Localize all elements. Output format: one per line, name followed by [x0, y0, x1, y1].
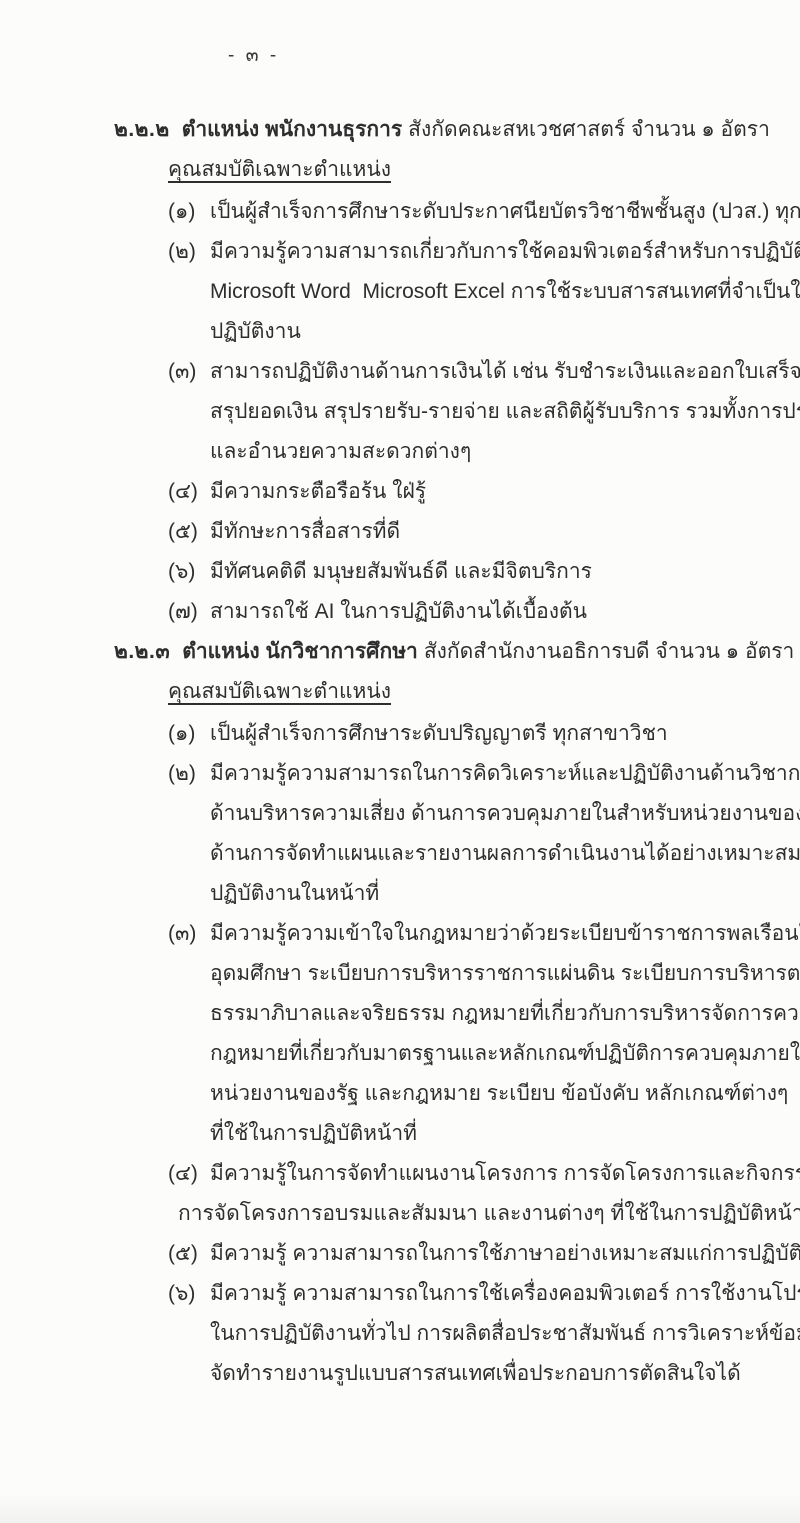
qualification-item: (๒) มีความรู้ความสามารถในการคิดวิเคราะห์… [168, 754, 794, 914]
item-text: เป็นผู้สำเร็จการศึกษาระดับประกาศนียบัตรว… [210, 192, 800, 232]
item-line: หน่วยงานของรัฐ และกฎหมาย ระเบียบ ข้อบังค… [210, 1074, 800, 1114]
document-content: ๒.๒.๒ ตำแหน่ง พนักงานธุรการสังกัดคณะสหเว… [114, 110, 794, 1394]
section-administrative-officer: ๒.๒.๒ ตำแหน่ง พนักงานธุรการสังกัดคณะสหเว… [114, 110, 794, 632]
item-bullet: (๕) [168, 512, 210, 552]
scan-shadow [0, 1495, 800, 1523]
qualifications-subheading: คุณสมบัติเฉพาะตำแหน่ง [168, 672, 794, 712]
item-line: มีความรู้ ความสามารถในการใช้ภาษาอย่างเหม… [210, 1234, 800, 1274]
item-line: ปฏิบัติงาน [210, 312, 800, 352]
qualification-item: (๗) สามารถใช้ AI ในการปฏิบัติงานได้เบื้อ… [168, 592, 794, 632]
item-text: มีความรู้ความสามารถในการคิดวิเคราะห์และป… [210, 754, 800, 914]
item-text: มีความรู้ในการจัดทำแผนงานโครงการ การจัดโ… [210, 1154, 800, 1234]
item-bullet: (๔) [168, 472, 210, 512]
item-bullet: (๕) [168, 1234, 210, 1274]
section-number: ๒.๒.๒ [114, 110, 170, 150]
section-body: คุณสมบัติเฉพาะตำแหน่ง (๑) เป็นผู้สำเร็จก… [168, 150, 794, 632]
item-line: มีความรู้ ความสามารถในการใช้เครื่องคอมพิ… [210, 1274, 800, 1314]
item-line: และอำนวยความสะดวกต่างๆ [210, 432, 800, 472]
item-text: สามารถใช้ AI ในการปฏิบัติงานได้เบื้องต้น [210, 592, 794, 632]
item-bullet: (๑) [168, 192, 210, 232]
item-line: เป็นผู้สำเร็จการศึกษาระดับปริญญาตรี ทุกส… [210, 714, 794, 754]
qualification-item: (๔) มีความรู้ในการจัดทำแผนงานโครงการ การ… [168, 1154, 794, 1234]
item-bullet: (๒) [168, 754, 210, 794]
item-line: สรุปยอดเงิน สรุปรายรับ-รายจ่าย และสถิติผ… [210, 392, 800, 432]
page-number: - ๓ - [228, 40, 279, 70]
item-bullet: (๓) [168, 352, 210, 392]
qualifications-subheading: คุณสมบัติเฉพาะตำแหน่ง [168, 150, 794, 190]
item-text: มีทักษะการสื่อสารที่ดี [210, 512, 794, 552]
item-bullet: (๖) [168, 1274, 210, 1314]
qualification-item: (๓) มีความรู้ความเข้าใจในกฎหมายว่าด้วยระ… [168, 914, 794, 1154]
item-line: สามารถใช้ AI ในการปฏิบัติงานได้เบื้องต้น [210, 592, 794, 632]
item-line: อุดมศึกษา ระเบียบการบริหารราชการแผ่นดิน … [210, 954, 800, 994]
item-text: มีความรู้ความสามารถเกี่ยวกับการใช้คอมพิว… [210, 232, 800, 352]
item-line: มีความกระตือรือร้น ใฝ่รู้ [210, 472, 794, 512]
item-text: มีความรู้ ความสามารถในการใช้ภาษาอย่างเหม… [210, 1234, 800, 1274]
item-text: สามารถปฏิบัติงานด้านการเงินได้ เช่น รับช… [210, 352, 800, 472]
section-number: ๒.๒.๓ [114, 632, 170, 672]
item-text: เป็นผู้สำเร็จการศึกษาระดับปริญญาตรี ทุกส… [210, 714, 794, 754]
position-affiliation: สังกัดสำนักงานอธิการบดี จำนวน ๑ อัตรา [424, 640, 794, 663]
item-line: เป็นผู้สำเร็จการศึกษาระดับประกาศนียบัตรว… [210, 192, 800, 232]
item-line: มีความรู้ความสามารถเกี่ยวกับการใช้คอมพิว… [210, 232, 800, 272]
item-text: มีความรู้ ความสามารถในการใช้เครื่องคอมพิ… [210, 1274, 800, 1394]
item-line: Microsoft Word Microsoft Excel การใช้ระบ… [210, 272, 800, 312]
document-page: - ๓ - ๒.๒.๒ ตำแหน่ง พนักงานธุรการสังกัดค… [0, 0, 800, 1523]
item-bullet: (๒) [168, 232, 210, 272]
item-line: สามารถปฏิบัติงานด้านการเงินได้ เช่น รับช… [210, 352, 800, 392]
section-education-officer: ๒.๒.๓ ตำแหน่ง นักวิชาการศึกษาสังกัดสำนัก… [114, 632, 794, 1394]
qualification-item: (๒) มีความรู้ความสามารถเกี่ยวกับการใช้คอ… [168, 232, 794, 352]
item-line: ด้านการจัดทำแผนและรายงานผลการดำเนินงานได… [210, 834, 800, 874]
item-line: จัดทำรายงานรูปแบบสารสนเทศเพื่อประกอบการต… [210, 1354, 800, 1394]
item-bullet: (๗) [168, 592, 210, 632]
item-line: ปฏิบัติงานในหน้าที่ [210, 874, 800, 914]
item-line: มีทักษะการสื่อสารที่ดี [210, 512, 794, 552]
position-title: ตำแหน่ง พนักงานธุรการ [182, 118, 402, 141]
position-title: ตำแหน่ง นักวิชาการศึกษา [182, 640, 418, 663]
qualification-item: (๑) เป็นผู้สำเร็จการศึกษาระดับปริญญาตรี … [168, 714, 794, 754]
section-heading: ๒.๒.๓ ตำแหน่ง นักวิชาการศึกษาสังกัดสำนัก… [114, 632, 794, 672]
item-line: มีทัศนคติดี มนุษยสัมพันธ์ดี และมีจิตบริก… [210, 552, 794, 592]
item-text: มีความกระตือรือร้น ใฝ่รู้ [210, 472, 794, 512]
item-bullet: (๔) [168, 1154, 210, 1194]
qualification-item: (๕) มีความรู้ ความสามารถในการใช้ภาษาอย่า… [168, 1234, 794, 1274]
qualification-item: (๖) มีทัศนคติดี มนุษยสัมพันธ์ดี และมีจิต… [168, 552, 794, 592]
qualification-item: (๔) มีความกระตือรือร้น ใฝ่รู้ [168, 472, 794, 512]
item-line: มีความรู้ในการจัดทำแผนงานโครงการ การจัดโ… [210, 1154, 800, 1194]
item-bullet: (๑) [168, 714, 210, 754]
item-line: การจัดโครงการอบรมและสัมมนา และงานต่างๆ ท… [178, 1194, 800, 1234]
qualification-item: (๕) มีทักษะการสื่อสารที่ดี [168, 512, 794, 552]
item-line: ที่ใช้ในการปฏิบัติหน้าที่ [210, 1114, 800, 1154]
item-line: ด้านบริหารความเสี่ยง ด้านการควบคุมภายในส… [210, 794, 800, 834]
item-line: ในการปฏิบัติงานทั่วไป การผลิตสื่อประชาสั… [210, 1314, 800, 1354]
qualification-item: (๓) สามารถปฏิบัติงานด้านการเงินได้ เช่น … [168, 352, 794, 472]
section-heading: ๒.๒.๒ ตำแหน่ง พนักงานธุรการสังกัดคณะสหเว… [114, 110, 794, 150]
item-line: มีความรู้ความสามารถในการคิดวิเคราะห์และป… [210, 754, 800, 794]
position-title-wrap: ตำแหน่ง พนักงานธุรการสังกัดคณะสหเวชศาสตร… [182, 110, 770, 150]
item-line: มีความรู้ความเข้าใจในกฎหมายว่าด้วยระเบีย… [210, 914, 800, 954]
item-line: ธรรมาภิบาลและจริยธรรม กฎหมายที่เกี่ยวกับ… [210, 994, 800, 1034]
item-line: กฎหมายที่เกี่ยวกับมาตรฐานและหลักเกณฑ์ปฏิ… [210, 1034, 800, 1074]
position-affiliation: สังกัดคณะสหเวชศาสตร์ จำนวน ๑ อัตรา [408, 118, 770, 141]
item-bullet: (๖) [168, 552, 210, 592]
item-text: มีทัศนคติดี มนุษยสัมพันธ์ดี และมีจิตบริก… [210, 552, 794, 592]
item-bullet: (๓) [168, 914, 210, 954]
position-title-wrap: ตำแหน่ง นักวิชาการศึกษาสังกัดสำนักงานอธิ… [182, 632, 794, 672]
section-body: คุณสมบัติเฉพาะตำแหน่ง (๑) เป็นผู้สำเร็จก… [168, 672, 794, 1394]
qualification-item: (๖) มีความรู้ ความสามารถในการใช้เครื่องค… [168, 1274, 794, 1394]
item-text: มีความรู้ความเข้าใจในกฎหมายว่าด้วยระเบีย… [210, 914, 800, 1154]
qualification-item: (๑) เป็นผู้สำเร็จการศึกษาระดับประกาศนียบ… [168, 192, 794, 232]
